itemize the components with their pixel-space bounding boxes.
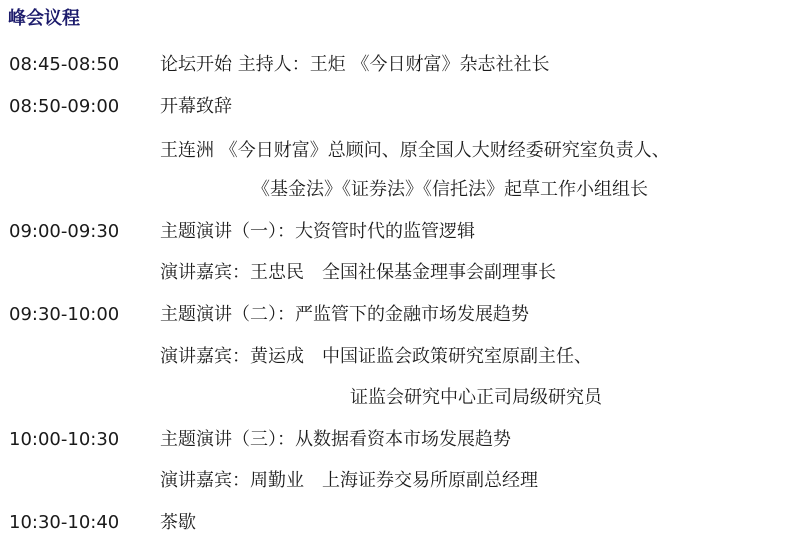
agenda-item-time: 09:00-09:30 <box>9 219 119 245</box>
agenda-item-detail: 演讲嘉宾：周勤业 上海证券交易所原副总经理 <box>160 468 538 494</box>
agenda-item-detail: 王连洲 《今日财富》总顾问、原全国人大财经委研究室负责人、 <box>160 138 670 164</box>
agenda-item-time: 09:30-10:00 <box>9 302 119 328</box>
agenda-item-text: 茶歇 <box>160 510 196 536</box>
agenda-item-time: 08:45-08:50 <box>9 52 119 78</box>
agenda-item-detail: 证监会研究中心正司局级研究员 <box>350 385 602 411</box>
agenda-item-detail: 演讲嘉宾：黄运成 中国证监会政策研究室原副主任、 <box>160 344 592 370</box>
agenda-title: 峰会议程 <box>8 6 80 32</box>
agenda-item-time: 10:00-10:30 <box>9 427 119 453</box>
agenda-item-text: 开幕致辞 <box>160 94 232 120</box>
agenda-item-time: 10:30-10:40 <box>9 510 119 536</box>
agenda-item-detail: 演讲嘉宾：王忠民 全国社保基金理事会副理事长 <box>160 260 556 286</box>
agenda-item-text: 主题演讲（一）：大资管时代的监管逻辑 <box>160 219 475 245</box>
agenda-item-text: 主题演讲（二）：严监管下的金融市场发展趋势 <box>160 302 529 328</box>
agenda-item-detail: 《基金法》《证券法》《信托法》起草工作小组组长 <box>252 177 648 203</box>
agenda-item-time: 08:50-09:00 <box>9 94 119 120</box>
agenda-item-text: 主题演讲（三）：从数据看资本市场发展趋势 <box>160 427 511 453</box>
agenda-item-text: 论坛开始 主持人：王炬 《今日财富》杂志社社长 <box>160 52 549 78</box>
